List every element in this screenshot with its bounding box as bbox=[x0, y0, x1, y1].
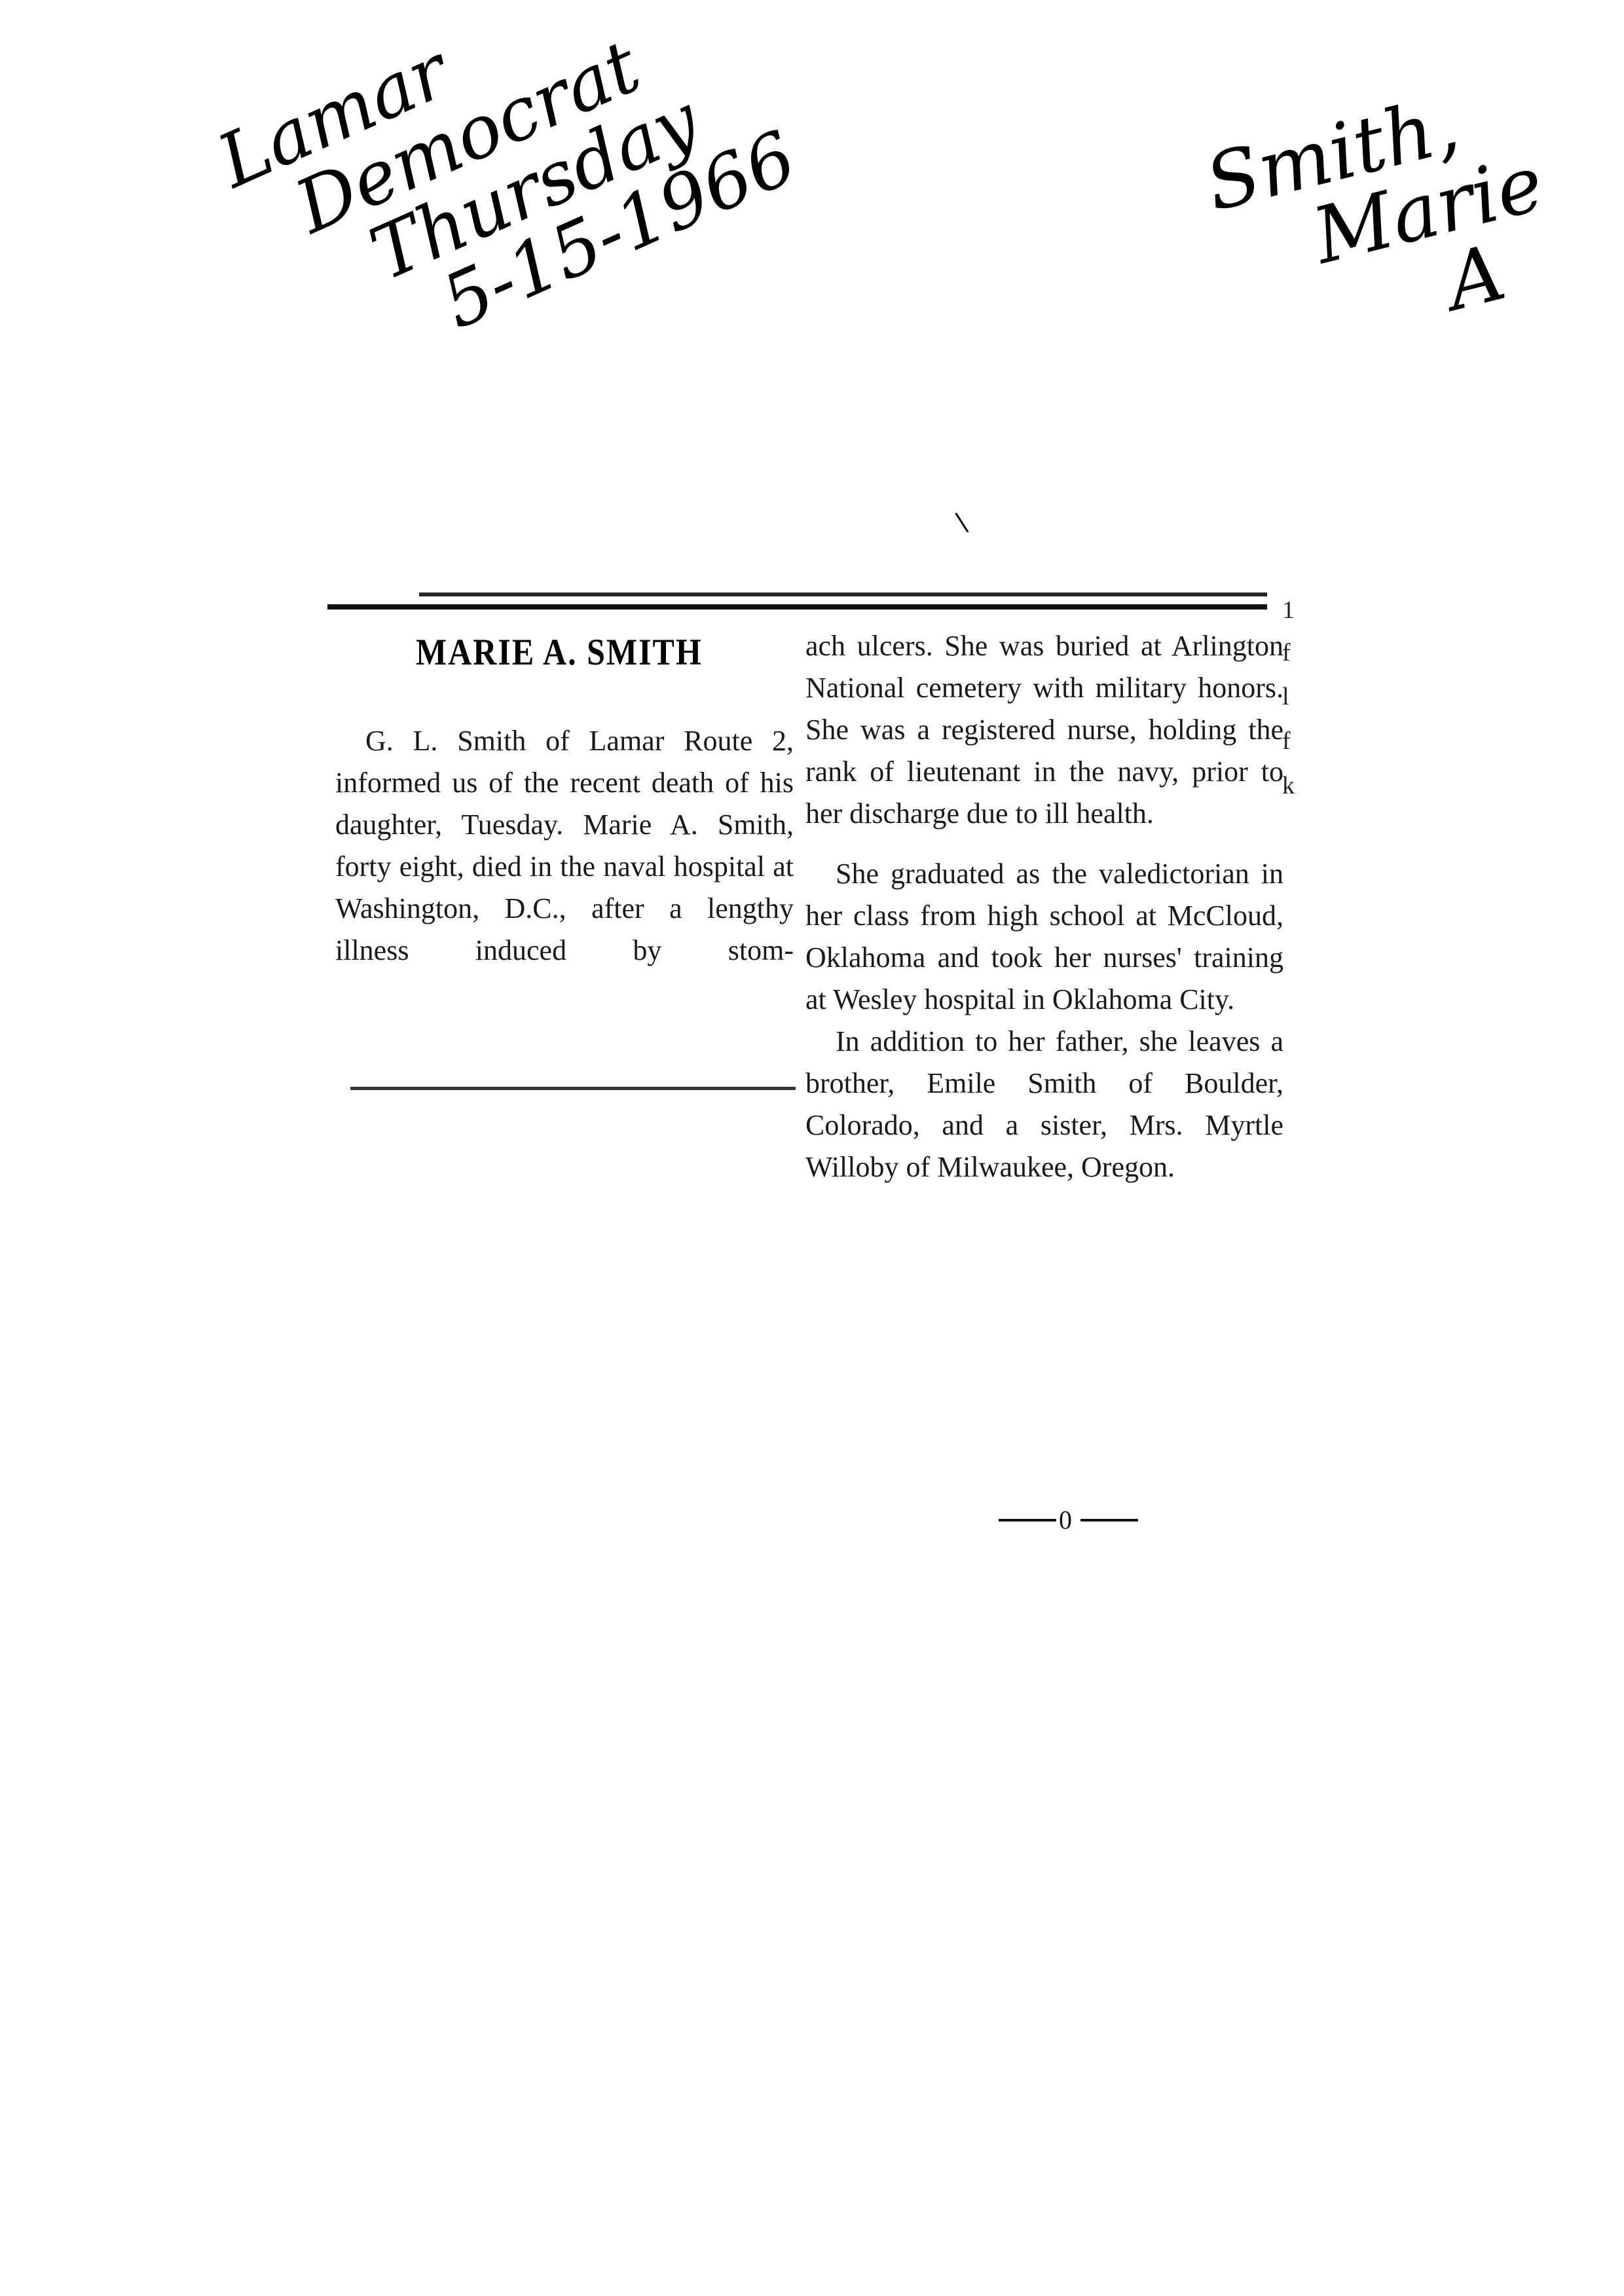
fragment: 1 bbox=[1282, 596, 1295, 625]
paragraph: G. L. Smith of Lamar Route 2, informed u… bbox=[335, 720, 794, 972]
article-end-mark: 0 bbox=[999, 1507, 1139, 1533]
handwritten-name-note: Smith, Marie A bbox=[1198, 69, 1569, 372]
top-rule-thick bbox=[327, 604, 1267, 610]
stray-pen-mark: \ bbox=[953, 507, 970, 538]
article-column-2: ach ulcers. She was buried at Arlington … bbox=[805, 625, 1283, 1188]
fragment: f bbox=[1282, 727, 1291, 756]
article-column-1: G. L. Smith of Lamar Route 2, informed u… bbox=[335, 720, 794, 972]
paragraph: ach ulcers. She was buried at Arlington … bbox=[805, 625, 1283, 835]
obituary-headline: MARIE A. SMITH bbox=[416, 630, 703, 674]
fragment: f bbox=[1282, 638, 1291, 667]
handwritten-source-note: Lamar Democrat Thursday 5-15-1966 bbox=[196, 0, 806, 405]
column-1-bottom-rule bbox=[350, 1087, 796, 1090]
top-rule-thin bbox=[419, 592, 1267, 596]
end-mark-dash-right bbox=[1080, 1519, 1138, 1522]
fragment: k bbox=[1282, 771, 1295, 800]
fragment: l bbox=[1282, 682, 1289, 711]
paragraph: In addition to her father, she leaves a … bbox=[805, 1021, 1283, 1188]
paragraph: She graduated as the valedictorian in he… bbox=[805, 853, 1283, 1021]
end-mark-glyph: 0 bbox=[1059, 1504, 1072, 1535]
end-mark-dash-left bbox=[999, 1519, 1056, 1522]
